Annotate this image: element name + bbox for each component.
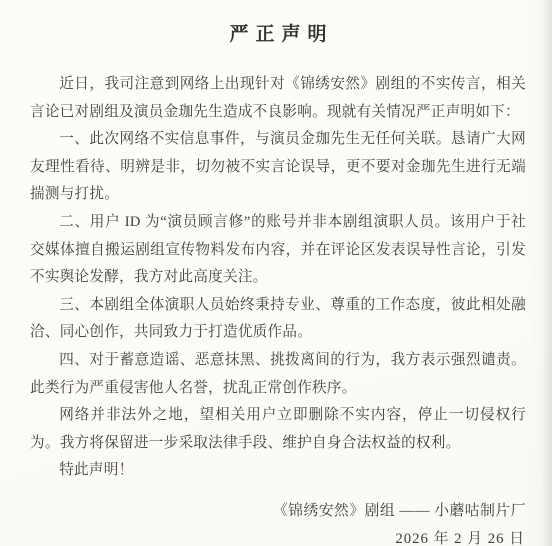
document-photo: 严正声明 近日，我司注意到网络上出现针对《锦绣安然》剧组的不实传言，相关言论已对… [0,0,552,546]
statement-paragraph-2: 二、用户 ID 为“演员顾言修”的账号并非本剧组演职人员。该用户于社交媒体擅自搬… [30,209,526,292]
statement-paragraph-warning: 网络并非法外之地，望相关用户立即删除不实内容，停止一切侵权行为。我方将保留进一步… [30,402,526,457]
statement-title: 严正声明 [30,19,526,46]
statement-paragraph-3: 三、本剧组全体演职人员始终秉持专业、尊重的工作态度，彼此相处融洽、同心创作，共同… [30,292,526,347]
statement-document: 严正声明 近日，我司注意到网络上出现针对《锦绣安然》剧组的不实传言，相关言论已对… [0,0,552,546]
statement-paragraph-1: 一、此次网络不实信息事件，与演员金珈先生无任何关联。恳请广大网友理性看待、明辨是… [30,126,526,209]
statement-signature: 《锦绣安然》剧组 —— 小蘑咕制片厂 [30,497,526,525]
statement-signature-block: 《锦绣安然》剧组 —— 小蘑咕制片厂 2026 年 2 月 26 日 [30,497,526,546]
statement-closing: 特此声明！ [30,457,526,485]
statement-paragraph-intro: 近日，我司注意到网络上出现针对《锦绣安然》剧组的不实传言，相关言论已对剧组及演员… [30,71,526,126]
statement-body: 近日，我司注意到网络上出现针对《锦绣安然》剧组的不实传言，相关言论已对剧组及演员… [30,71,526,485]
statement-paragraph-4: 四、对于蓄意造谣、恶意抹黑、挑拨离间的行为，我方表示强烈谴责。此类行为严重侵害他… [30,347,526,402]
statement-date: 2026 年 2 月 26 日 [30,525,526,546]
